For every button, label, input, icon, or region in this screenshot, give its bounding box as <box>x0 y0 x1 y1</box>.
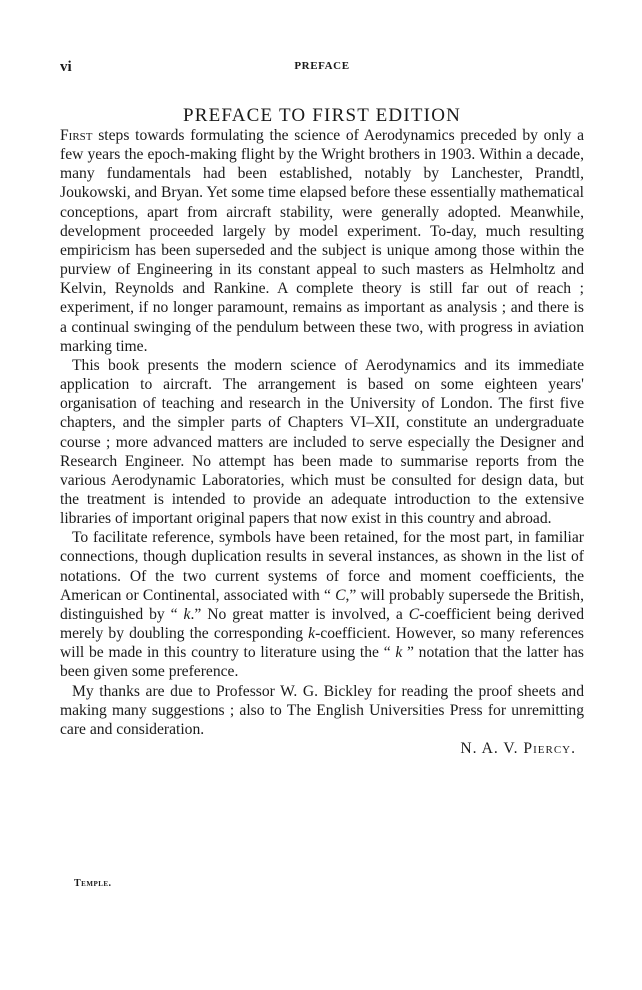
symbol-c: C <box>409 606 419 623</box>
paragraph-1: First steps towards formulating the scie… <box>60 126 584 356</box>
drop-lead-word: First <box>60 127 93 144</box>
author-signature: N. A. V. Piercy. <box>60 739 584 758</box>
running-head: vi PREFACE <box>60 59 584 77</box>
preface-body: First steps towards formulating the scie… <box>60 126 584 758</box>
place-of-writing: Temple. <box>74 878 112 889</box>
paragraph-2: This book presents the modern science of… <box>60 356 584 528</box>
running-title: PREFACE <box>60 60 584 72</box>
paragraph-3: To facilitate reference, symbols have be… <box>60 528 584 681</box>
section-title: PREFACE TO FIRST EDITION <box>60 105 584 127</box>
paragraph-4: My thanks are due to Professor W. G. Bic… <box>60 682 584 739</box>
symbol-c: C <box>335 587 345 604</box>
